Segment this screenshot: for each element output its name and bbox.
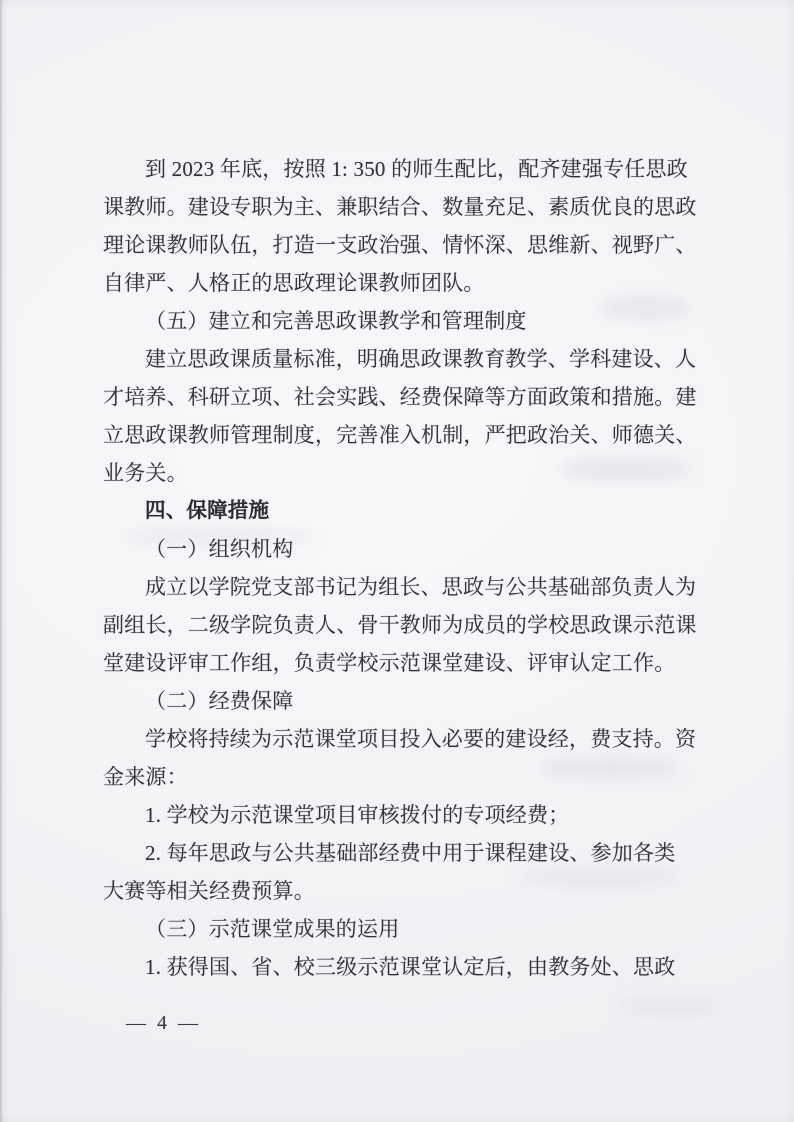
text-line: 2. 每年思政与公共基础部经费中用于课程建设、参加各类 bbox=[103, 834, 695, 872]
text-line: （五）建立和完善思政课教学和管理制度 bbox=[103, 302, 695, 340]
text-line: 大赛等相关经费预算。 bbox=[103, 872, 695, 910]
page-number: — 4 — bbox=[126, 1012, 201, 1035]
text-line: （一）组织机构 bbox=[103, 530, 695, 568]
text-line: （三）示范课堂成果的运用 bbox=[103, 910, 695, 948]
text-line: 堂建设评审工作组，负责学校示范课堂建设、评审认定工作。 bbox=[103, 644, 695, 682]
text-line: 1. 获得国、省、校三级示范课堂认定后，由教务处、思政 bbox=[103, 948, 695, 986]
text-line: 业务关。 bbox=[103, 454, 695, 492]
text-line: 1. 学校为示范课堂项目审核拨付的专项经费； bbox=[103, 796, 695, 834]
text-line: 课教师。建设专职为主、兼职结合、数量充足、素质优良的思政 bbox=[103, 188, 695, 226]
text-line: 到 2023 年底，按照 1: 350 的师生配比，配齐建强专任思政 bbox=[103, 150, 695, 188]
text-line: 建立思政课质量标准，明确思政课教育教学、学科建设、人 bbox=[103, 340, 695, 378]
text-line: 才培养、科研立项、社会实践、经费保障等方面政策和措施。建 bbox=[103, 378, 695, 416]
scan-artifact bbox=[620, 1000, 720, 1012]
text-line: 金来源： bbox=[103, 758, 695, 796]
text-line: 四、保障措施 bbox=[103, 492, 695, 530]
text-line: 副组长，二级学院负责人、骨干教师为成员的学校思政课示范课 bbox=[103, 606, 695, 644]
text-line: （二）经费保障 bbox=[103, 682, 695, 720]
document-page: 到 2023 年底，按照 1: 350 的师生配比，配齐建强专任思政课教师。建设… bbox=[0, 0, 794, 1122]
document-body: 到 2023 年底，按照 1: 350 的师生配比，配齐建强专任思政课教师。建设… bbox=[103, 150, 695, 986]
text-line: 自律严、人格正的思政理论课教师团队。 bbox=[103, 264, 695, 302]
text-line: 立思政课教师管理制度，完善准入机制，严把政治关、师德关、 bbox=[103, 416, 695, 454]
text-line: 学校将持续为示范课堂项目投入必要的建设经，费支持。资 bbox=[103, 720, 695, 758]
text-line: 理论课教师队伍，打造一支政治强、情怀深、思维新、视野广、 bbox=[103, 226, 695, 264]
text-line: 成立以学院党支部书记为组长、思政与公共基础部负责人为 bbox=[103, 568, 695, 606]
